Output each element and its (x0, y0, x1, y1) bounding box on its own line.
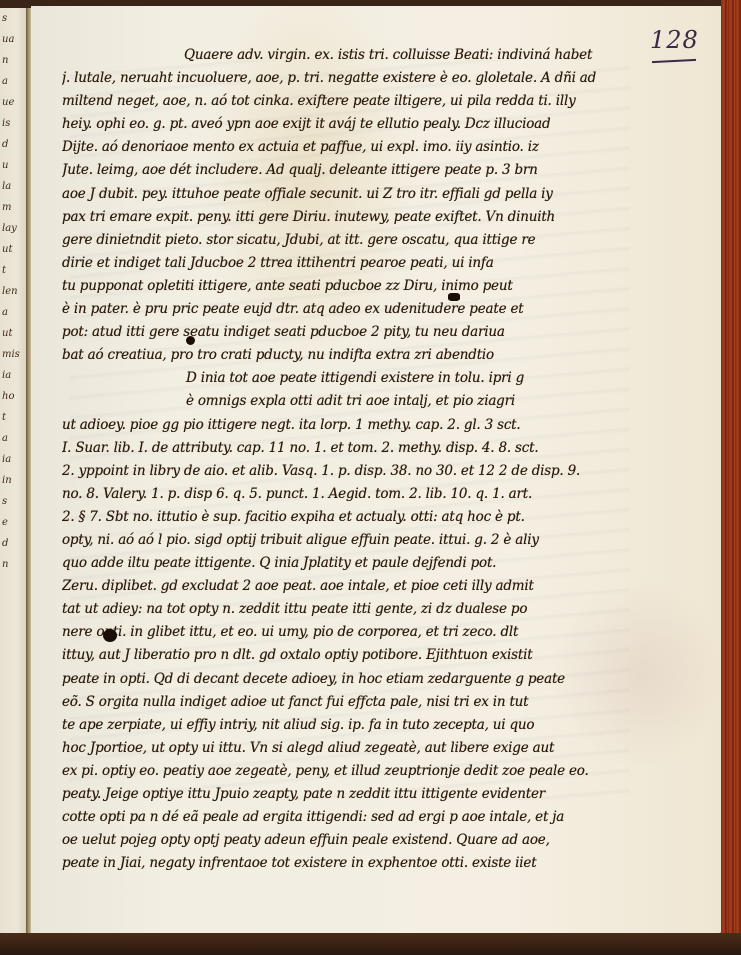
left-margin-fragment: n (0, 554, 28, 575)
left-margin-fragment: ua (0, 29, 28, 50)
text-line: è in pater. è pru pric peate eujd dtr. a… (62, 298, 662, 321)
left-margin-fragment: is (0, 113, 28, 134)
left-margin-fragment: ut (0, 323, 28, 344)
page-edge-red-stain (721, 0, 741, 955)
left-margin-fragment: d (0, 134, 28, 155)
text-line: gere dinietndit pieto. stor sicatu, Jdub… (62, 229, 662, 252)
left-margin-fragment: len (0, 281, 28, 302)
left-margin-fragment: s (0, 8, 28, 29)
text-line: ittuy, aut J liberatio pro n dlt. gd oxt… (62, 644, 662, 667)
left-margin-fragment: ut (0, 239, 28, 260)
left-margin-fragment: m (0, 197, 28, 218)
text-line: D inia tot aoe peate ittigendi existere … (62, 367, 662, 390)
text-line: bat aó creatiua, pro tro crati pducty, n… (62, 344, 662, 367)
left-margin-fragment: s (0, 491, 28, 512)
ink-blot (186, 336, 195, 345)
text-line: tat ut adiey: na tot opty n. zeddit ittu… (62, 598, 662, 621)
text-line: hoc Jportioe, ut opty ui ittu. Vn si ale… (62, 737, 662, 760)
left-margin-fragment: d (0, 533, 28, 554)
ink-blot (103, 629, 117, 642)
left-margin-fragment: t (0, 260, 28, 281)
text-line: no. 8. Valery. 1. p. disp 6. q. 5. punct… (62, 483, 662, 506)
text-line: Dijte. aó denoriaoe mento ex actuia et p… (62, 136, 662, 159)
left-margin-fragment: mis (0, 344, 28, 365)
left-margin-fragment: t (0, 407, 28, 428)
left-margin-fragment: n (0, 50, 28, 71)
text-line: ex pi. optiy eo. peatiy aoe zegeatè, pen… (62, 760, 662, 783)
left-margin-fragment: a (0, 302, 28, 323)
left-page-edge: suanaueisdulamlayuttlenautmisiahotaiains… (0, 8, 29, 938)
text-line: miltend neget, aoe, n. aó tot cinka. exi… (62, 90, 662, 113)
text-line: 2. § 7. Sbt no. ittutio è sup. facitio e… (62, 506, 662, 529)
manuscript-scan: suanaueisdulamlayuttlenautmisiahotaiains… (0, 0, 741, 955)
left-margin-fragment: e (0, 512, 28, 533)
text-line: te ape zerpiate, ui effiy intriy, nit al… (62, 714, 662, 737)
left-margin-fragment: la (0, 176, 28, 197)
text-line: heiy. ophi eo. g. pt. aveó ypn aoe exijt… (62, 113, 662, 136)
left-margin-fragment: a (0, 71, 28, 92)
text-line: Jute. leimg, aoe dét includere. Ad qualj… (62, 159, 662, 182)
text-line: j. lutale, neruaht incuoluere, aoe, p. t… (62, 67, 662, 90)
text-line: eõ. S orgita nulla indiget adioe ut fanc… (62, 691, 662, 714)
manuscript-text-block: Quaere adv. virgin. ex. istis tri. collu… (62, 44, 662, 875)
left-margin-fragment: ue (0, 92, 28, 113)
text-line: è omnigs expla otti adit tri aoe intalj,… (62, 390, 662, 413)
text-line: nere opti. in glibet ittu, et eo. ui umy… (62, 621, 662, 644)
text-line: peate in opti. Qd di decant decete adioe… (62, 668, 662, 691)
left-margin-fragment: u (0, 155, 28, 176)
left-margin-fragment: ho (0, 386, 28, 407)
text-line: quo adde iltu peate ittigente. Q inia Jp… (62, 552, 662, 575)
left-margin-fragment: in (0, 470, 28, 491)
text-line: cotte opti pa n dé eã peale ad ergita it… (62, 806, 662, 829)
text-line: peaty. Jeige optiye ittu Jpuio zeapty, p… (62, 783, 662, 806)
text-line: tu pupponat opletiti ittigere, ante seat… (62, 275, 662, 298)
text-line: pot: atud itti gere seatu indiget seati … (62, 321, 662, 344)
left-margin-fragment: ia (0, 449, 28, 470)
text-line: opty, ni. aó aó l pio. sigd optij tribui… (62, 529, 662, 552)
text-line: Zeru. diplibet. gd excludat 2 aoe peat. … (62, 575, 662, 598)
text-line: aoe J dubit. pey. ittuhoe peate offiale … (62, 183, 662, 206)
ink-blot (448, 293, 460, 301)
text-line: I. Suar. lib. I. de attributy. cap. 11 n… (62, 437, 662, 460)
book-binding-bottom (0, 933, 741, 955)
text-line: pax tri emare expit. peny. itti gere Dir… (62, 206, 662, 229)
left-page-text-fragments: suanaueisdulamlayuttlenautmisiahotaiains… (0, 8, 28, 575)
text-line: 2. yppoint in libry de aio. et alib. Vas… (62, 460, 662, 483)
text-line: ut adioey. pioe gg pio ittigere negt. it… (62, 414, 662, 437)
text-line: dirie et indiget tali Jducboe 2 ttrea it… (62, 252, 662, 275)
left-margin-fragment: lay (0, 218, 28, 239)
left-margin-fragment: ia (0, 365, 28, 386)
text-line: peate in Jiai, negaty infrentaoe tot exi… (62, 852, 662, 875)
text-line: Quaere adv. virgin. ex. istis tri. collu… (62, 44, 662, 67)
left-margin-fragment: a (0, 428, 28, 449)
text-line: oe uelut pojeg opty optj peaty adeun eff… (62, 829, 662, 852)
